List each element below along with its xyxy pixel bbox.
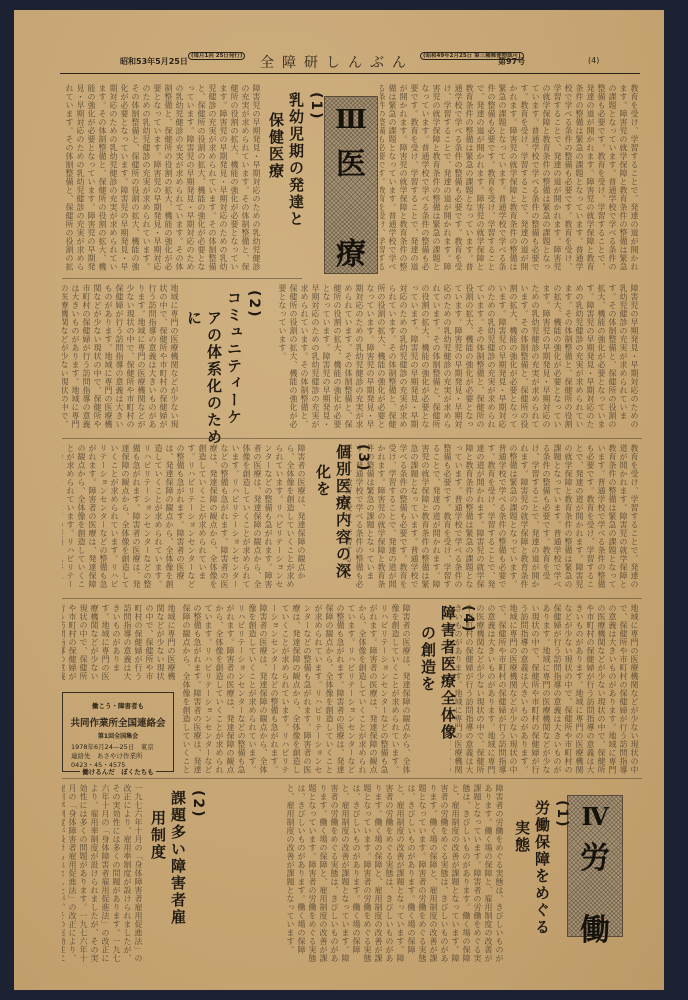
- column-divider: [62, 438, 642, 439]
- column-divider: [62, 598, 642, 599]
- page-number: (4): [588, 56, 599, 65]
- article-text: 教育を受け、学習することで、発達の道が開かれます。障害児の就学保障と教育条件の整…: [345, 444, 640, 594]
- newspaper-title: 全障研しんぶん: [260, 52, 414, 72]
- section-word: 医: [325, 139, 377, 183]
- section-numeral: Ⅳ: [568, 802, 622, 831]
- heading-5: (1)労働保障をめぐる実態: [512, 800, 572, 970]
- heading-text: 労働保障をめぐる: [533, 800, 551, 936]
- heading-text: 保健医療: [266, 92, 286, 180]
- article-text: 障害者の医療は、発達保障の観点から、全体像を創造していくことが求められています。…: [180, 604, 412, 774]
- section-word: 療: [325, 229, 377, 273]
- article-text: 障害児の早期発見・早期対応のための乳幼児健診の充実が求められています。その体制整…: [62, 84, 262, 274]
- column-divider: [62, 778, 642, 779]
- issue-number: 第97号: [498, 56, 525, 67]
- article-text: 障害者の労働をめぐる実態は、きびしいものがあります。働く場の保障と、雇用制度の改…: [185, 784, 505, 964]
- section-word: 労: [568, 833, 622, 877]
- section-box-labor: Ⅳ 労 働: [567, 795, 623, 937]
- heading-1: (1)乳幼児期の発達と保健医療: [266, 92, 326, 282]
- article-text: 一九七六年十月の「身体障害者雇用促進法」の改正により、雇用率制度が設けられました…: [62, 784, 144, 964]
- article-text: 地域に専門の医療機関などが少ない現状の中で、保健所や市町村の保健婦が行う訪問指導…: [62, 284, 180, 434]
- masthead-rule: [60, 73, 640, 74]
- section-box-medical: Ⅲ 医 療: [324, 96, 378, 274]
- event-notice: 働こう・障害者も 共同作業所全国連絡会 第1回全国集会 1978年6月24—25…: [62, 692, 174, 772]
- article-text: 地域に専門の医療機関などが少ない現状の中で、保健所や市町村の保健婦が行う訪問指導…: [62, 604, 177, 684]
- notice-slogan-top: 働こう・障害者も: [90, 701, 146, 710]
- publication-note: (毎月1回 25日発行): [188, 52, 245, 60]
- masthead: 昭和53年5月25日 (毎月1回 25日発行) 全障研しんぶん (昭和49年2月…: [60, 52, 640, 74]
- heading-text: に: [184, 290, 204, 327]
- issue-date: 昭和53年5月25日: [120, 56, 188, 67]
- notice-slogan-bottom: 働けるんだ ぼくたちも: [80, 768, 156, 776]
- article-text: 障害者の医療は、発達保障の観点から、全体像を創造していくことが求められています。…: [62, 444, 307, 594]
- heading-text: 実態: [512, 800, 532, 854]
- heading-text: アの体系化のため: [204, 290, 224, 446]
- heading-number: (1): [306, 92, 326, 278]
- article-text: 障害児の早期発見・早期対応のための乳幼児健診の充実が求められています。その体制整…: [230, 284, 640, 434]
- column-divider: [62, 278, 302, 279]
- notice-date: 1978年6月24—25日 東京: [71, 743, 173, 752]
- notice-subtitle: 第1回全国集会: [63, 731, 173, 740]
- heading-text: の創造を: [418, 605, 438, 693]
- notice-title: 共同作業所全国連絡会: [63, 715, 173, 729]
- heading-text: 用制度: [148, 790, 168, 861]
- section-word: 働: [568, 905, 622, 949]
- heading-text: 乳幼児期の発達と: [287, 92, 305, 228]
- section-numeral: Ⅲ: [325, 105, 377, 135]
- article-text: 地域に専門の医療機関などが少ない現状の中で、保健所や市町村の保健婦が行う訪問指導…: [450, 604, 640, 774]
- heading-text: 化を: [313, 444, 333, 498]
- notice-contact: 連絡先 あさやけ作業所: [71, 752, 173, 761]
- heading-number: (1): [552, 800, 572, 966]
- article-text: 教育を受け、学習することで、発達の道が開かれます。障害児の就学保障と教育条件の整…: [380, 84, 640, 274]
